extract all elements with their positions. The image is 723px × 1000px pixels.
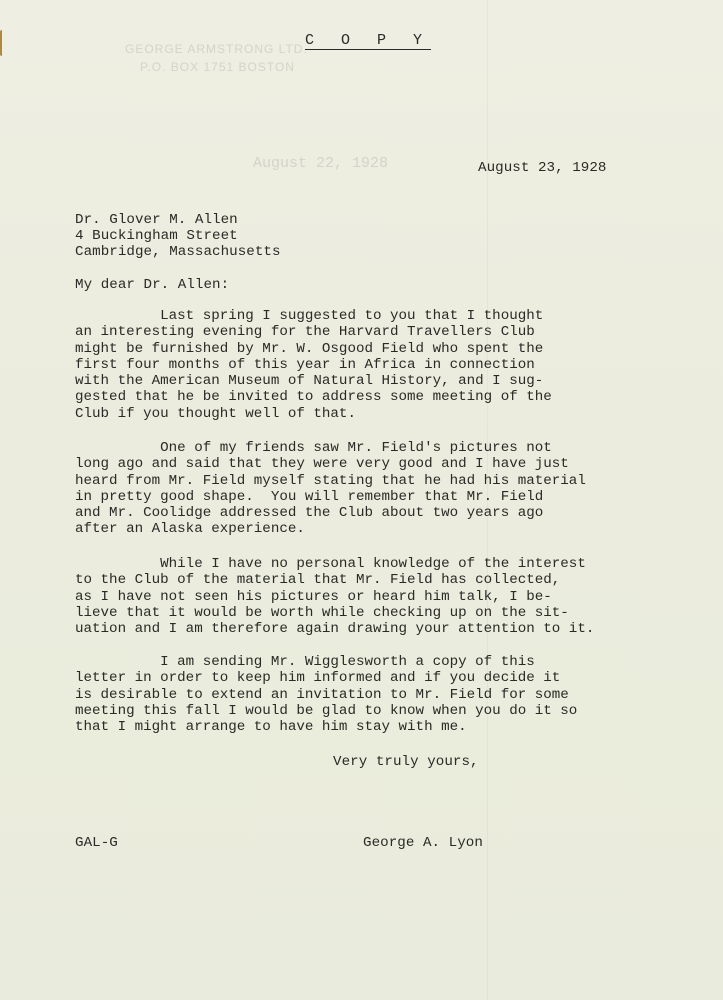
paper-clip-mark	[0, 30, 10, 56]
paragraph-4: I am sending Mr. Wigglesworth a copy of …	[75, 654, 577, 735]
recipient-name: Dr. Glover M. Allen	[75, 212, 238, 228]
closing: Very truly yours,	[333, 754, 479, 770]
paragraph-2: One of my friends saw Mr. Field's pictur…	[75, 440, 586, 538]
recipient-street: 4 Buckingham Street	[75, 228, 238, 244]
letter-page: GEORGE ARMSTRONG LTD. P.O. BOX 1751 BOST…	[0, 0, 723, 1000]
faint-letterhead-line-1: GEORGE ARMSTRONG LTD.	[125, 42, 308, 56]
paragraph-1: Last spring I suggested to you that I th…	[75, 308, 552, 422]
salutation: My dear Dr. Allen:	[75, 277, 229, 293]
faint-date: August 22, 1928	[253, 155, 388, 172]
faint-letterhead-line-2: P.O. BOX 1751 BOSTON	[140, 60, 295, 74]
signature-name: George A. Lyon	[363, 835, 483, 851]
paragraph-3: While I have no personal knowledge of th…	[75, 556, 594, 637]
copy-heading: C O P Y	[305, 33, 431, 50]
letter-date: August 23, 1928	[478, 160, 606, 176]
recipient-city: Cambridge, Massachusetts	[75, 244, 281, 260]
typist-initials: GAL-G	[75, 835, 118, 851]
